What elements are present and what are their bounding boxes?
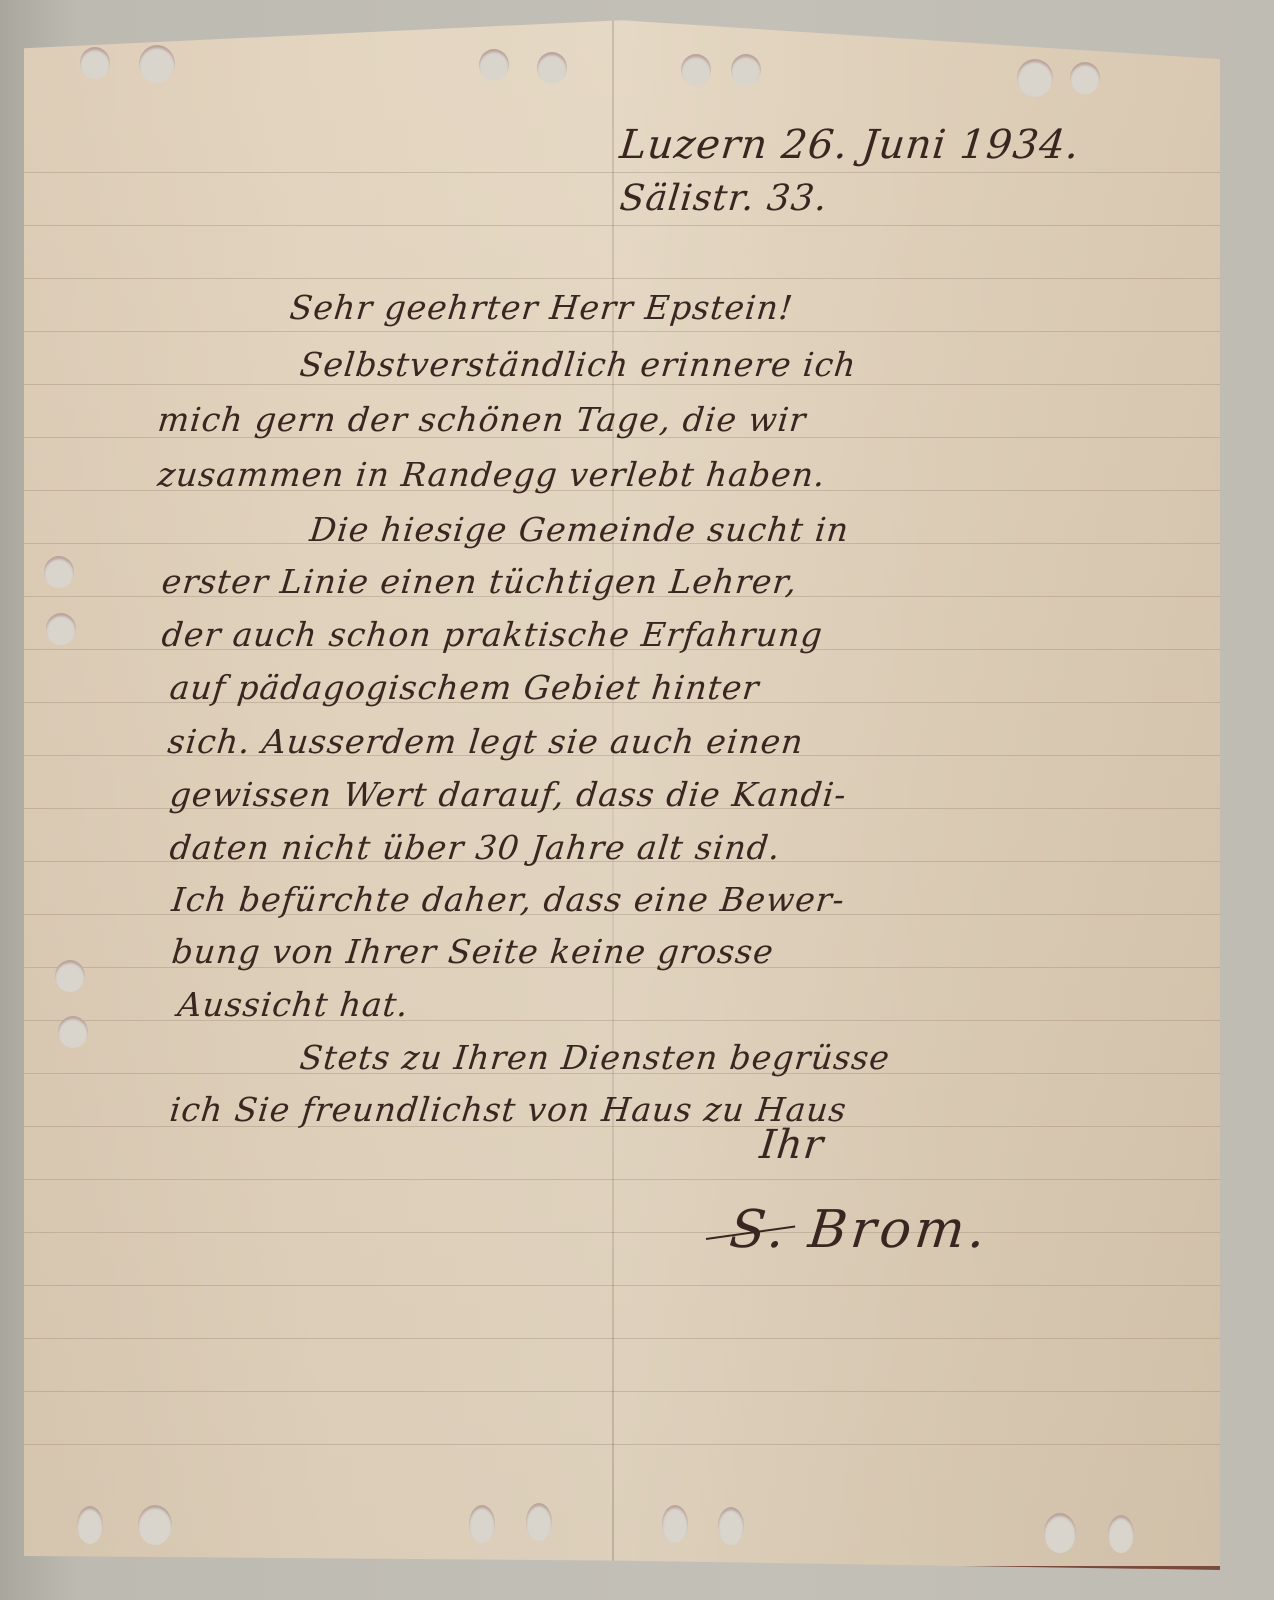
body-line: auf pädagogischem Gebiet hinter (168, 668, 761, 707)
punch-hole-icon (1108, 1515, 1134, 1553)
punch-hole-icon (1017, 59, 1053, 97)
punch-hole-icon (58, 1016, 88, 1048)
punch-hole-icon (46, 613, 76, 645)
punch-hole-icon (55, 960, 85, 992)
punch-hole-icon (479, 49, 509, 81)
punch-hole-icon (526, 1503, 552, 1541)
letter-address: Sälistr. 33. (618, 178, 830, 219)
punch-hole-icon (662, 1505, 688, 1543)
body-line: daten nicht über 30 Jahre alt sind. (168, 828, 783, 867)
letter-salutation: Sehr geehrter Herr Epstein! (288, 288, 795, 327)
letter-signature: S. Brom. (727, 1200, 992, 1260)
punch-hole-icon (77, 1506, 103, 1544)
punch-hole-icon (537, 52, 567, 84)
body-line: ich Sie freundlichst von Haus zu Haus (168, 1090, 849, 1129)
punch-hole-icon (44, 556, 74, 588)
body-line: Aussicht hat. (176, 985, 411, 1024)
body-line: erster Linie einen tüchtigen Lehrer, (160, 562, 799, 601)
body-line: bung von Ihrer Seite keine grosse (170, 932, 776, 971)
punch-hole-icon (1044, 1513, 1076, 1553)
body-line: Die hiesige Gemeinde sucht in (308, 510, 851, 549)
punch-hole-icon (718, 1507, 744, 1545)
punch-hole-icon (139, 45, 175, 83)
punch-hole-icon (731, 54, 761, 86)
body-line: gewissen Wert darauf, dass die Kandi- (168, 775, 849, 814)
punch-hole-icon (1070, 62, 1100, 94)
body-line: mich gern der schönen Tage, die wir (156, 400, 808, 439)
letter-closing: Ihr (758, 1122, 827, 1168)
letter-place-date: Luzern 26. Juni 1934. (618, 122, 1082, 168)
body-line: zusammen in Randegg verlebt haben. (156, 455, 828, 494)
punch-hole-icon (681, 54, 711, 86)
punch-hole-icon (138, 1505, 172, 1545)
body-line: Ich befürchte daher, dass eine Bewer- (170, 880, 847, 919)
body-line: Stets zu Ihren Diensten begrüsse (298, 1038, 892, 1077)
body-line: der auch schon praktische Erfahrung (160, 615, 825, 654)
punch-hole-icon (469, 1505, 495, 1543)
punch-hole-icon (80, 47, 110, 79)
body-line: sich. Ausserdem legt sie auch einen (166, 722, 806, 761)
body-line: Selbstverständlich erinnere ich (298, 345, 859, 384)
